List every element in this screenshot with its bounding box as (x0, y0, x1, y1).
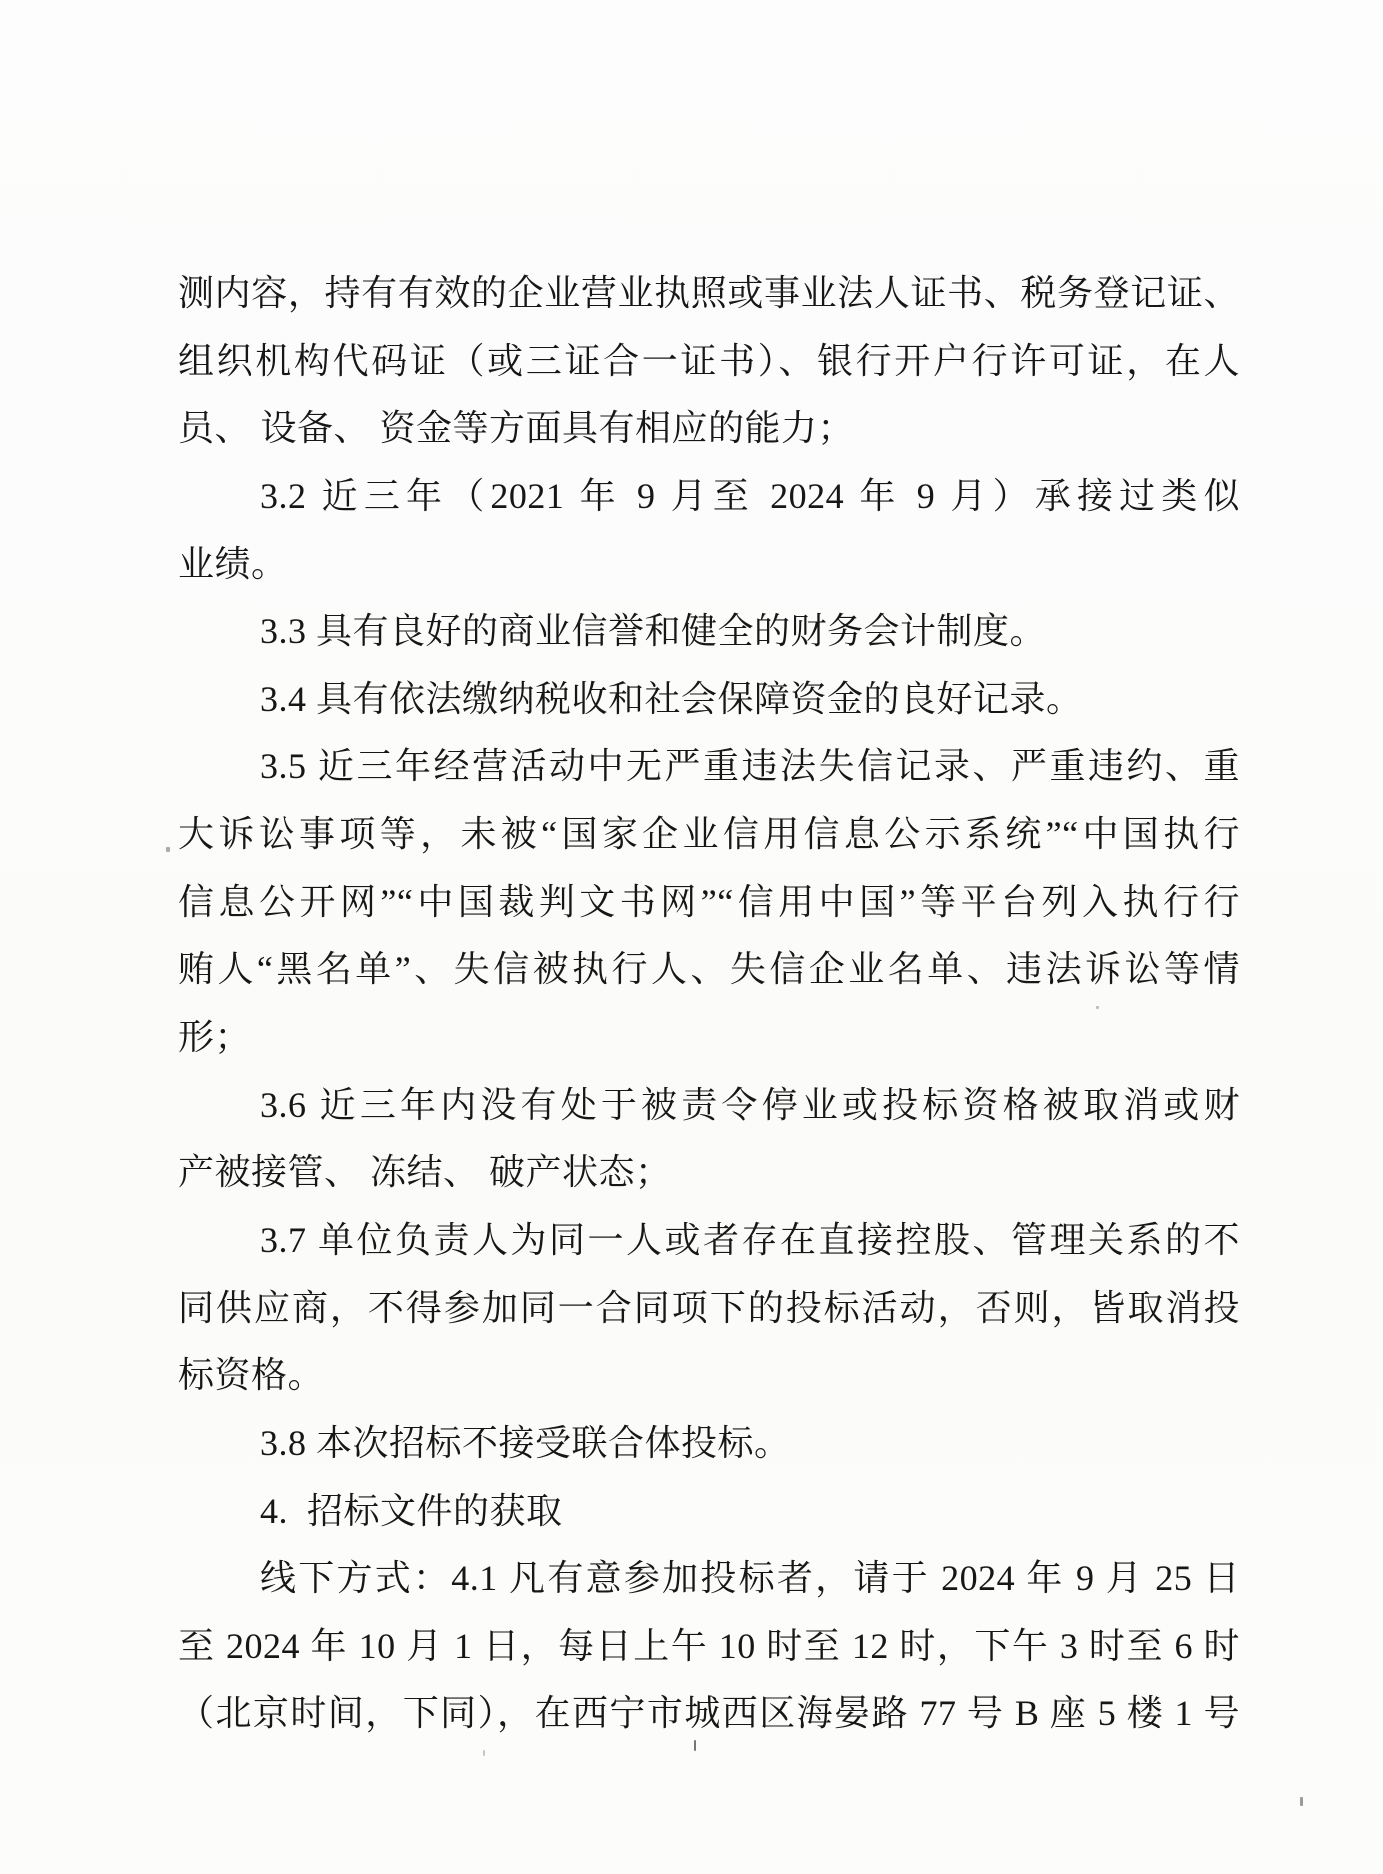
text-line: 组织机构代码证（或三证合一证书）、银行开户行许可证，在人 (178, 328, 1240, 396)
text-line: 业绩。 (178, 531, 1240, 599)
text-line: 3.7 单位负责人为同一人或者存在直接控股、管理关系的不 (178, 1207, 1240, 1275)
scan-speck (483, 1750, 485, 1756)
text-line: 形； (178, 1004, 1240, 1072)
text-line: 4. 招标文件的获取 (178, 1478, 1240, 1546)
text-line: 大诉讼事项等，未被“国家企业信用信息公示系统”“中国执行 (178, 801, 1240, 869)
text-line: 3.4 具有依法缴纳税收和社会保障资金的良好记录。 (178, 666, 1240, 734)
text-line: 3.3 具有良好的商业信誉和健全的财务会计制度。 (178, 598, 1240, 666)
text-line: 线下方式：4.1 凡有意参加投标者，请于 2024 年 9 月 25 日 (178, 1545, 1240, 1613)
text-line: 产被接管、 冻结、 破产状态； (178, 1139, 1240, 1207)
document-page: 测内容，持有有效的企业营业执照或事业法人证书、税务登记证、 组织机构代码证（或三… (0, 0, 1383, 1874)
text-line: 贿人“黑名单”、失信被执行人、失信企业名单、违法诉讼等情 (178, 936, 1240, 1004)
text-line: 同供应商，不得参加同一合同项下的投标活动，否则，皆取消投 (178, 1275, 1240, 1343)
text-line: 测内容，持有有效的企业营业执照或事业法人证书、税务登记证、 (178, 260, 1240, 328)
text-line: 3.6 近三年内没有处于被责令停业或投标资格被取消或财 (178, 1072, 1240, 1140)
scan-speck (1096, 1006, 1099, 1009)
text-line: 3.5 近三年经营活动中无严重违法失信记录、严重违约、重 (178, 733, 1240, 801)
text-line: 标资格。 (178, 1342, 1240, 1410)
scan-speck (1300, 1797, 1303, 1806)
scanned-document-screenshot: { "page": { "background": "#fcfcfc", "in… (0, 0, 1383, 1874)
text-line: 信息公开网”“中国裁判文书网”“信用中国”等平台列入执行行 (178, 869, 1240, 937)
scan-speck (166, 847, 170, 852)
text-line: 3.8 本次招标不接受联合体投标。 (178, 1410, 1240, 1478)
text-line: 员、 设备、 资金等方面具有相应的能力； (178, 395, 1240, 463)
scan-speck (694, 1740, 696, 1751)
text-line: 至 2024 年 10 月 1 日，每日上午 10 时至 12 时，下午 3 时… (178, 1613, 1240, 1681)
document-text-block: 测内容，持有有效的企业营业执照或事业法人证书、税务登记证、 组织机构代码证（或三… (178, 260, 1240, 1748)
text-line: 3.2 近三年（2021 年 9 月至 2024 年 9 月）承接过类似 (178, 463, 1240, 531)
text-line: （北京时间，下同），在西宁市城西区海晏路 77 号 B 座 5 楼 1 号 (178, 1680, 1240, 1748)
